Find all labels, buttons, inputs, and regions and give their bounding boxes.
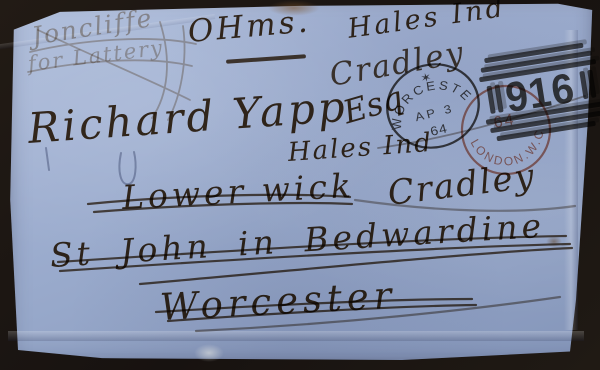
photo-of-envelope: 64 LONDON.W.C Joncliffe for Lattery OHms… (0, 0, 600, 370)
